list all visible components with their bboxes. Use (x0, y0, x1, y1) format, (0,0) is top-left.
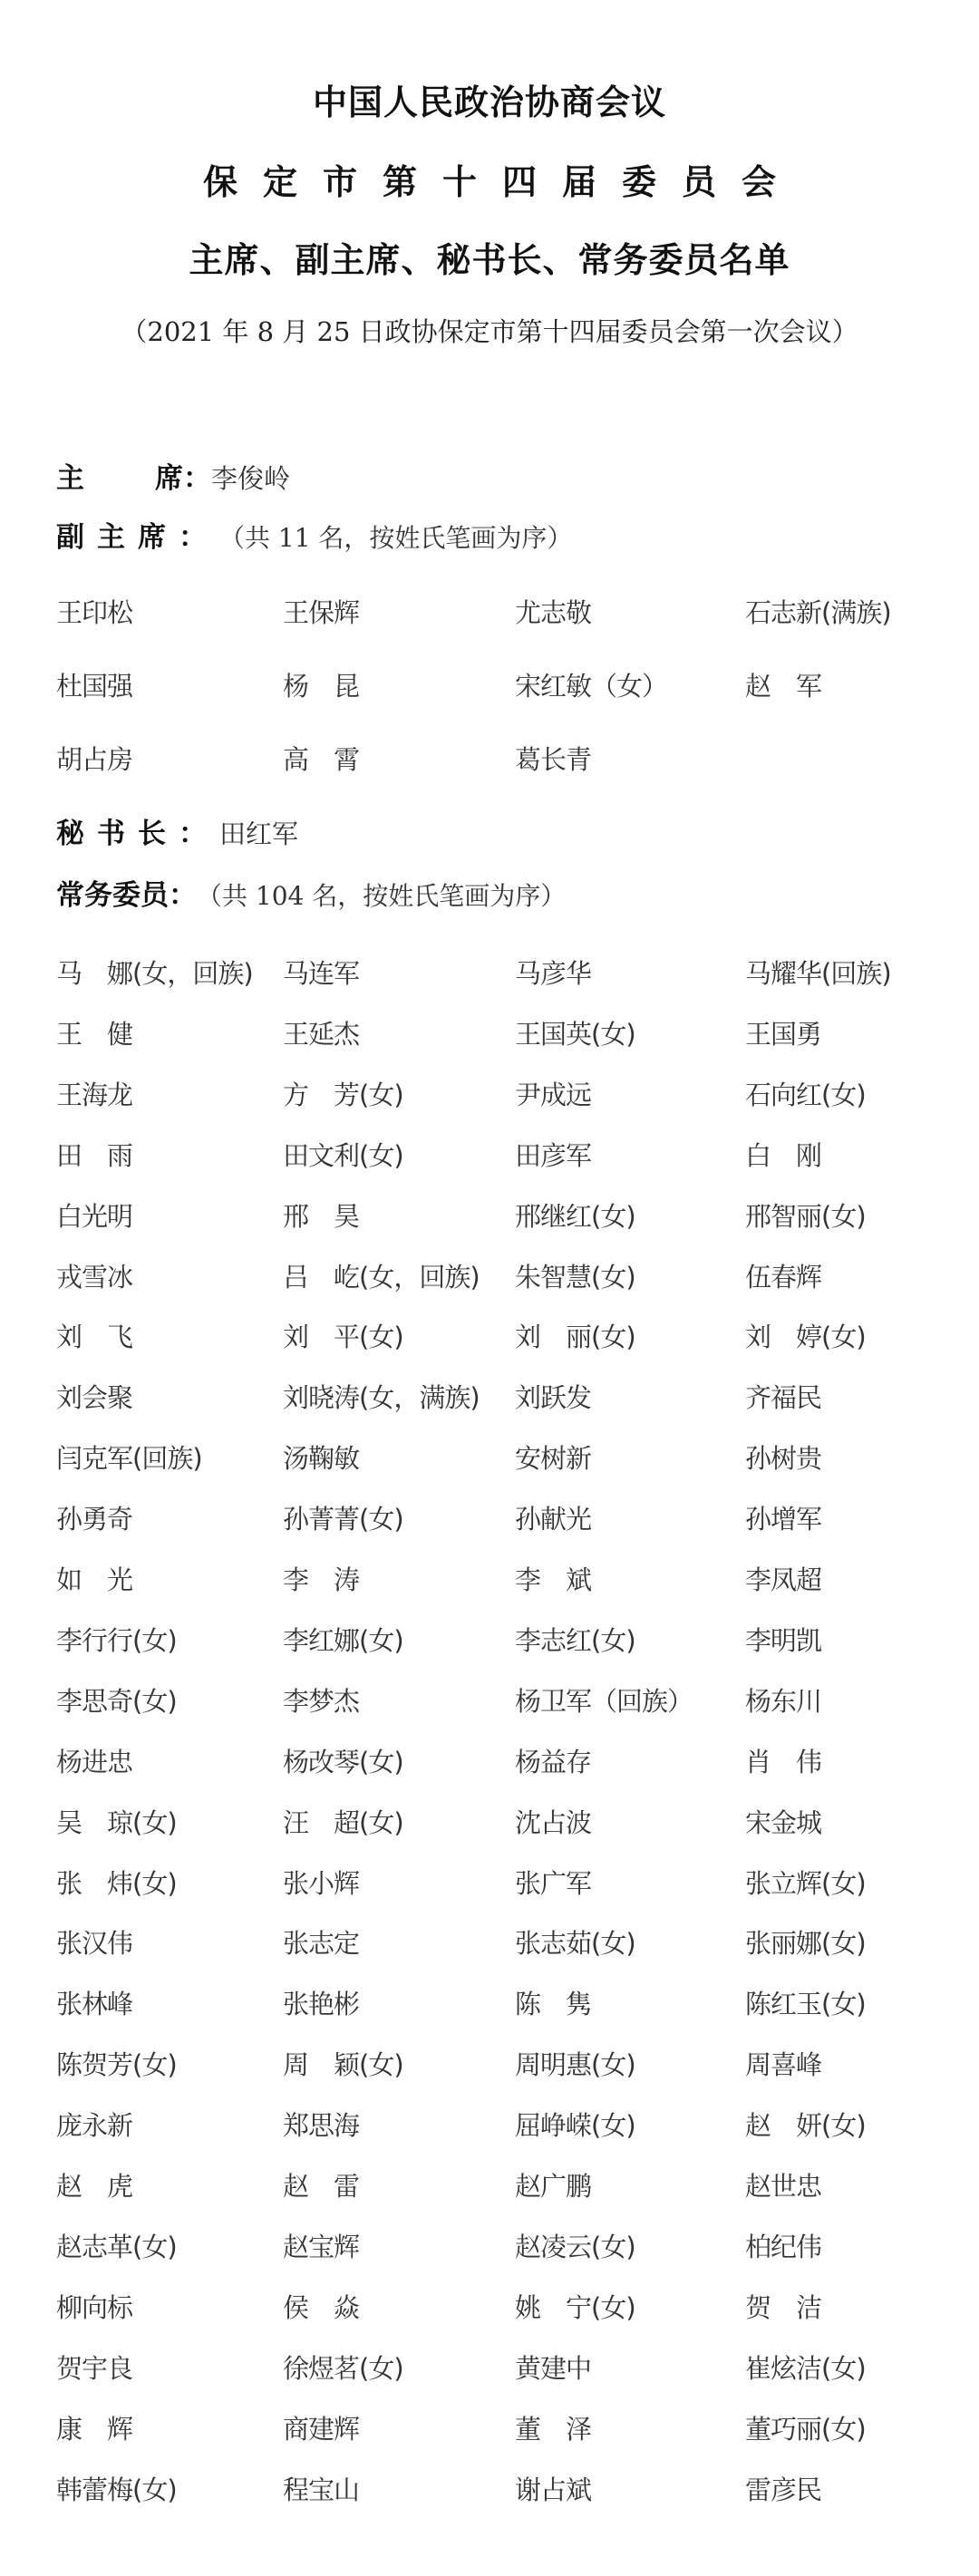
person-name: 杨益存 (515, 1744, 591, 1780)
person-name: 李 涛 (283, 1562, 359, 1598)
person-name: 程宝山 (283, 2472, 359, 2508)
person-name: 柳向标 (56, 2290, 132, 2326)
person-name: 刘会聚 (56, 1380, 132, 1416)
person-name: 陈贺芳(女) (56, 2047, 177, 2083)
person-name: 杨改琴(女) (283, 1744, 403, 1780)
person-name: 葛长青 (515, 741, 591, 778)
person-name: 张 炜(女) (56, 1865, 177, 1902)
person-name: 李 斌 (515, 1562, 591, 1598)
name-row: 闫克军(回族)汤鞠敏安树新孙树贵 (0, 1440, 979, 1477)
person-name: 张立辉(女) (745, 1865, 866, 1902)
person-name: 侯 焱 (283, 2290, 359, 2326)
name-row: 如 光李 涛李 斌李凤超 (0, 1562, 979, 1598)
name-row: 李思奇(女)李梦杰杨卫军（回族）杨东川 (0, 1683, 979, 1719)
person-name: 赵广鹏 (515, 2168, 591, 2204)
person-name: 柏纪伟 (745, 2229, 821, 2265)
person-name: 王保辉 (283, 595, 359, 631)
person-name: 伍春辉 (745, 1259, 821, 1295)
person-name: 李凤超 (745, 1562, 821, 1598)
name-row: 马 娜(女，回族)马连军马彦华马耀华(回族) (0, 955, 979, 992)
person-name: 杨卫军（回族） (515, 1683, 693, 1719)
person-name: 田 雨 (56, 1138, 132, 1174)
person-name: 孙增军 (745, 1501, 821, 1537)
document-title-committee: 保定市第十四届委员会 (0, 154, 979, 204)
standing-members-heading: 常务委员：（共 104 名，按姓氏笔画为序） (56, 877, 566, 914)
person-name: 张志定 (283, 1925, 359, 1961)
person-name: 董 泽 (515, 2411, 591, 2447)
name-row: 张 炜(女)张小辉张广军张立辉(女) (0, 1865, 979, 1902)
person-name: 邢继红(女) (515, 1198, 635, 1235)
person-name: 杜国强 (56, 668, 132, 704)
document-subtitle-meeting: （2021 年 8 月 25 日政协保定市第十四届委员会第一次会议） (0, 312, 979, 349)
person-name: 刘晓涛(女，满族) (283, 1380, 480, 1416)
name-row: 贺宇良徐煜茗(女)黄建中崔炫洁(女) (0, 2350, 979, 2387)
person-name: 张志茹(女) (515, 1925, 635, 1961)
person-name: 赵 妍(女) (745, 2107, 866, 2144)
person-name: 孙菁菁(女) (283, 1501, 403, 1537)
standing-members-note: （共 104 名，按姓氏笔画为序） (197, 881, 566, 911)
name-row: 杜国强杨 昆宋红敏（女）赵 军 (0, 668, 979, 704)
secretary-general-name: 田红军 (219, 818, 298, 849)
person-name: 周 颖(女) (283, 2047, 403, 2083)
person-name: 赵志革(女) (56, 2229, 177, 2265)
person-name: 赵凌云(女) (515, 2229, 635, 2265)
person-name: 庞永新 (56, 2107, 132, 2144)
person-name: 李志红(女) (515, 1622, 635, 1659)
person-name: 吕 屹(女，回族) (283, 1259, 480, 1295)
person-name: 闫克军(回族) (56, 1440, 202, 1477)
person-name: 宋红敏（女） (515, 668, 667, 704)
person-name: 方 芳(女) (283, 1077, 403, 1113)
person-name: 齐福民 (745, 1380, 821, 1416)
person-name: 白光明 (56, 1198, 132, 1235)
person-name: 石志新(满族) (745, 595, 891, 631)
person-name: 肖 伟 (745, 1744, 821, 1780)
person-name: 戎雪冰 (56, 1259, 132, 1295)
person-name: 陈红玉(女) (745, 1986, 866, 2022)
person-name: 商建辉 (283, 2411, 359, 2447)
person-name: 白 刚 (745, 1138, 821, 1174)
person-name: 吴 琼(女) (56, 1805, 177, 1841)
vice-chairmen-note: （共 11 名，按姓氏笔画为序） (219, 523, 572, 553)
secretary-general-line: 秘书长：田红军 (56, 816, 298, 852)
person-name: 汪 超(女) (283, 1805, 403, 1841)
person-name: 王海龙 (56, 1077, 132, 1113)
name-row: 庞永新郑思海屈峥嵘(女)赵 妍(女) (0, 2107, 979, 2144)
person-name: 张广军 (515, 1865, 591, 1902)
name-row: 白光明邢 昊邢继红(女)邢智丽(女) (0, 1198, 979, 1235)
person-name: 王国勇 (745, 1016, 821, 1052)
person-name: 安树新 (515, 1440, 591, 1477)
name-row: 赵志革(女)赵宝辉赵凌云(女)柏纪伟 (0, 2229, 979, 2265)
person-name: 李思奇(女) (56, 1683, 177, 1719)
person-name: 杨进忠 (56, 1744, 132, 1780)
secretary-general-label: 秘书长： (56, 816, 219, 852)
person-name: 沈占波 (515, 1805, 591, 1841)
person-name: 田彦军 (515, 1138, 591, 1174)
person-name: 张丽娜(女) (745, 1925, 866, 1961)
chairman-line: 主席：李俊岭 (56, 460, 290, 497)
name-row: 王 健王延杰王国英(女)王国勇 (0, 1016, 979, 1052)
document-title-org: 中国人民政治协商会议 (0, 74, 979, 124)
chairman-label: 主席： (56, 460, 211, 497)
person-name: 张小辉 (283, 1865, 359, 1902)
chairman-name: 李俊岭 (211, 463, 290, 494)
person-name: 杨东川 (745, 1683, 821, 1719)
person-name: 刘 飞 (56, 1319, 132, 1355)
person-name: 石向红(女) (745, 1077, 866, 1113)
name-row: 康 辉商建辉董 泽董巧丽(女) (0, 2411, 979, 2447)
name-row: 杨进忠杨改琴(女)杨益存肖 伟 (0, 1744, 979, 1780)
person-name: 刘 婷(女) (745, 1319, 866, 1355)
name-row: 柳向标侯 焱姚 宁(女)贺 洁 (0, 2290, 979, 2326)
person-name: 李红娜(女) (283, 1622, 403, 1659)
person-name: 赵世忠 (745, 2168, 821, 2204)
person-name: 田文利(女) (283, 1138, 403, 1174)
person-name: 贺宇良 (56, 2350, 132, 2387)
person-name: 周明惠(女) (515, 2047, 635, 2083)
person-name: 崔炫洁(女) (745, 2350, 866, 2387)
name-row: 刘会聚刘晓涛(女，满族)刘跃发齐福民 (0, 1380, 979, 1416)
person-name: 王国英(女) (515, 1016, 635, 1052)
person-name: 朱智慧(女) (515, 1259, 635, 1295)
person-name: 赵 雷 (283, 2168, 359, 2204)
person-name: 张林峰 (56, 1986, 132, 2022)
person-name: 屈峥嵘(女) (515, 2107, 635, 2144)
vice-chairmen-heading: 副主席：（共 11 名，按姓氏笔画为序） (56, 519, 572, 556)
person-name: 马连军 (283, 955, 359, 992)
person-name: 赵宝辉 (283, 2229, 359, 2265)
chairman-label-part1: 主 (56, 462, 84, 495)
person-name: 陈 隽 (515, 1986, 591, 2022)
person-name: 张汉伟 (56, 1925, 132, 1961)
standing-members-label: 常务委员： (56, 877, 197, 914)
person-name: 汤鞠敏 (283, 1440, 359, 1477)
person-name: 周喜峰 (745, 2047, 821, 2083)
name-row: 王海龙方 芳(女)尹成远石向红(女) (0, 1077, 979, 1113)
person-name: 王 健 (56, 1016, 132, 1052)
person-name: 雷彦民 (745, 2472, 821, 2508)
person-name: 邢 昊 (283, 1198, 359, 1235)
name-row: 王印松王保辉尤志敬石志新(满族) (0, 595, 979, 631)
person-name: 王印松 (56, 595, 132, 631)
person-name: 马 娜(女，回族) (56, 955, 253, 992)
name-row: 戎雪冰吕 屹(女，回族)朱智慧(女)伍春辉 (0, 1259, 979, 1295)
name-row: 李行行(女)李红娜(女)李志红(女)李明凯 (0, 1622, 979, 1659)
person-name: 刘跃发 (515, 1380, 591, 1416)
person-name: 李明凯 (745, 1622, 821, 1659)
person-name: 孙勇奇 (56, 1501, 132, 1537)
person-name: 如 光 (56, 1562, 132, 1598)
person-name: 黄建中 (515, 2350, 591, 2387)
person-name: 郑思海 (283, 2107, 359, 2144)
name-row: 张林峰张艳彬陈 隽陈红玉(女) (0, 1986, 979, 2022)
person-name: 刘 平(女) (283, 1319, 403, 1355)
person-name: 杨 昆 (283, 668, 359, 704)
person-name: 李行行(女) (56, 1622, 177, 1659)
person-name: 尹成远 (515, 1077, 591, 1113)
person-name: 邢智丽(女) (745, 1198, 866, 1235)
person-name: 韩蕾梅(女) (56, 2472, 177, 2508)
person-name: 尤志敬 (515, 595, 591, 631)
person-name: 康 辉 (56, 2411, 132, 2447)
name-row: 胡占房高 霄葛长青 (0, 741, 979, 778)
person-name: 高 霄 (283, 741, 359, 778)
person-name: 胡占房 (56, 741, 132, 778)
person-name: 马彦华 (515, 955, 591, 992)
name-row: 刘 飞刘 平(女)刘 丽(女)刘 婷(女) (0, 1319, 979, 1355)
name-row: 吴 琼(女)汪 超(女)沈占波宋金城 (0, 1805, 979, 1841)
name-row: 张汉伟张志定张志茹(女)张丽娜(女) (0, 1925, 979, 1961)
person-name: 姚 宁(女) (515, 2290, 635, 2326)
name-row: 赵 虎赵 雷赵广鹏赵世忠 (0, 2168, 979, 2204)
person-name: 赵 虎 (56, 2168, 132, 2204)
chairman-label-part2: 席： (155, 462, 211, 495)
document-title-list: 主席、副主席、秘书长、常务委员名单 (0, 232, 979, 282)
person-name: 马耀华(回族) (745, 955, 891, 992)
person-name: 贺 洁 (745, 2290, 821, 2326)
person-name: 宋金城 (745, 1805, 821, 1841)
person-name: 徐煜茗(女) (283, 2350, 403, 2387)
name-row: 孙勇奇孙菁菁(女)孙献光孙增军 (0, 1501, 979, 1537)
name-row: 陈贺芳(女)周 颖(女)周明惠(女)周喜峰 (0, 2047, 979, 2083)
person-name: 董巧丽(女) (745, 2411, 866, 2447)
vice-chairmen-label: 副主席： (56, 519, 219, 556)
person-name: 张艳彬 (283, 1986, 359, 2022)
name-row: 韩蕾梅(女)程宝山谢占斌雷彦民 (0, 2472, 979, 2508)
person-name: 刘 丽(女) (515, 1319, 635, 1355)
person-name: 王延杰 (283, 1016, 359, 1052)
person-name: 谢占斌 (515, 2472, 591, 2508)
person-name: 李梦杰 (283, 1683, 359, 1719)
person-name: 孙树贵 (745, 1440, 821, 1477)
person-name: 孙献光 (515, 1501, 591, 1537)
person-name: 赵 军 (745, 668, 821, 704)
name-row: 田 雨田文利(女)田彦军白 刚 (0, 1138, 979, 1174)
